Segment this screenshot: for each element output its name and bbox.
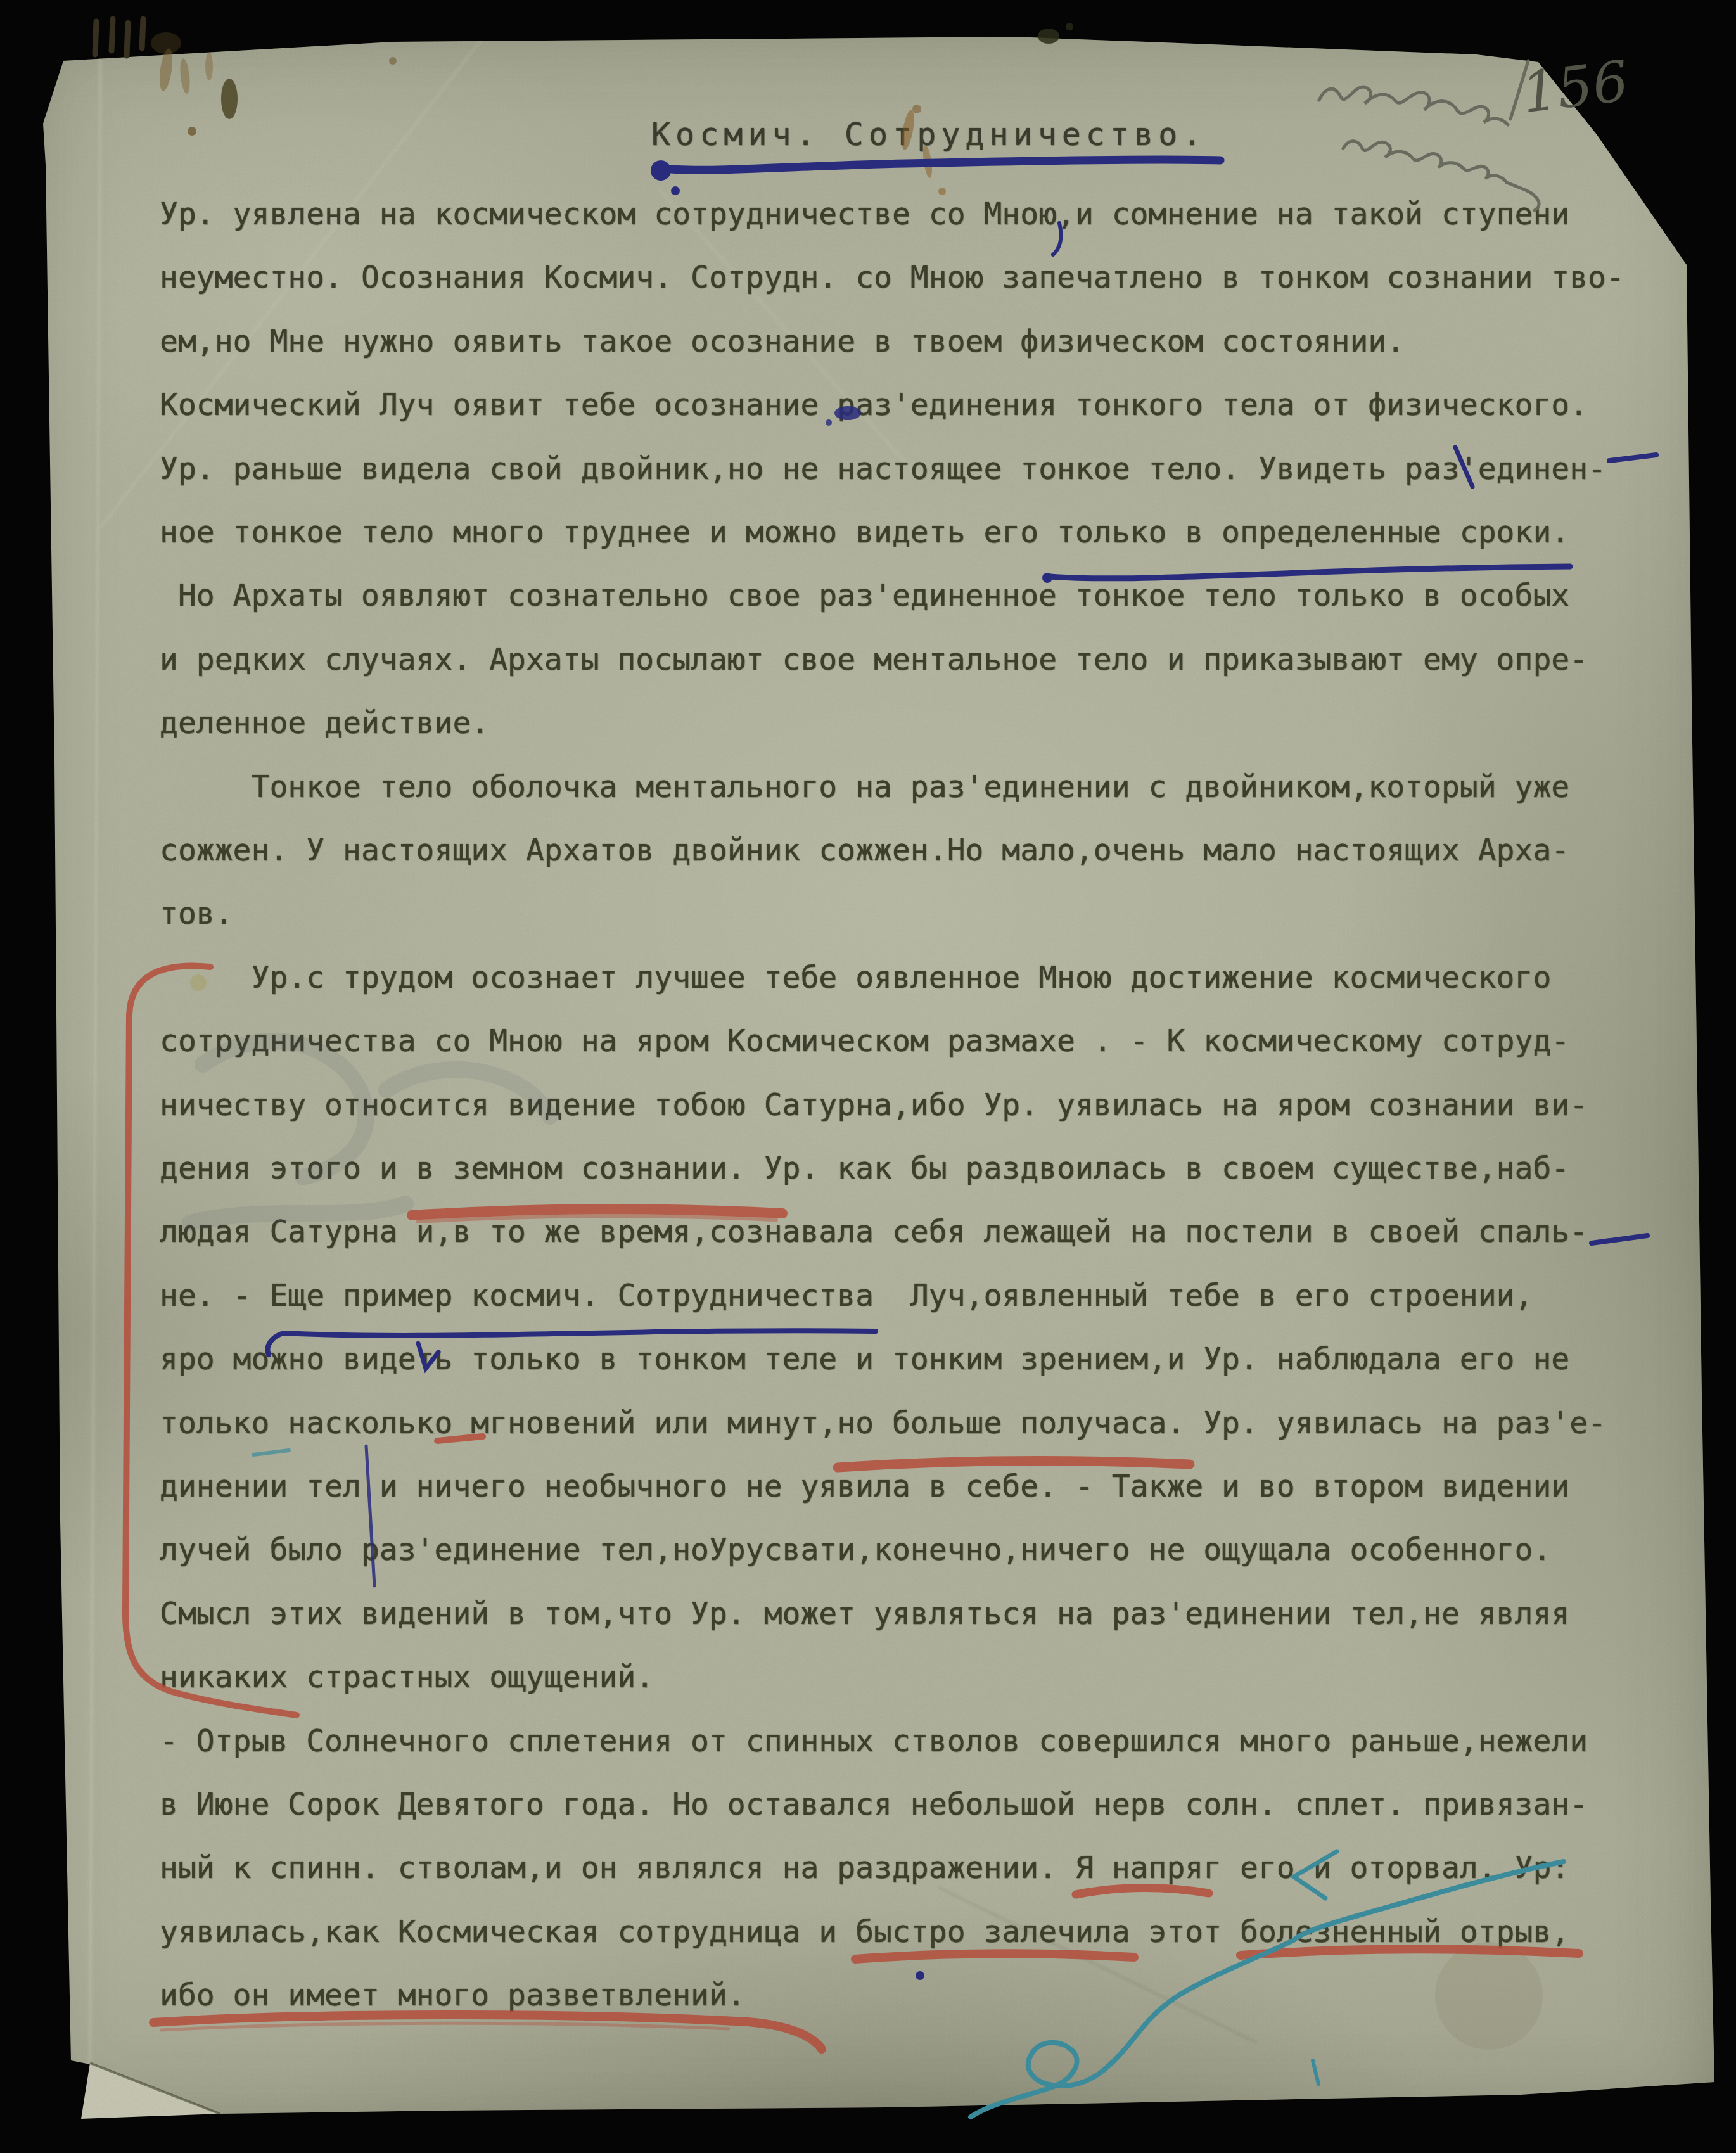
typed-line-22: лучей было раз'единение тел,ноУрусвати,к… bbox=[160, 1532, 1551, 1568]
typed-line-23: Смысл этих видений в том,что Ур. может у… bbox=[160, 1596, 1569, 1632]
typed-line-15: ничеству относится видение тобою Сатурна… bbox=[160, 1087, 1588, 1123]
typed-line-2: неуместно. Осознания Космич. Сотрудн. со… bbox=[160, 260, 1624, 295]
typed-line-12: тов. bbox=[160, 896, 233, 931]
typed-line-16: дения этого и в земном сознании. Ур. как… bbox=[160, 1151, 1569, 1186]
typed-line-4: Космический Луч оявит тебе осознание раз… bbox=[160, 387, 1588, 423]
typed-line-5: Ур. раньше видела свой двойник,но не нас… bbox=[160, 451, 1606, 487]
typed-line-3: ем,но Мне нужно оявить такое осознание в… bbox=[160, 324, 1405, 359]
typed-line-29: ибо он имеет много разветвлений. bbox=[160, 1977, 746, 2013]
typed-line-14: сотрудничества со Мною на яром Космическ… bbox=[160, 1023, 1569, 1059]
typed-line-13: Ур.с трудом осознает лучшее тебе оявленн… bbox=[252, 960, 1552, 995]
typed-line-11: сожжен. У настоящих Архатов двойник сожж… bbox=[160, 833, 1569, 868]
paper-crease bbox=[89, 51, 102, 2097]
typed-line-24: никаких страстных ощущений. bbox=[160, 1659, 654, 1695]
typed-line-19: яро можно видеть только в тонком теле и … bbox=[160, 1341, 1569, 1377]
typed-line-10: Тонкое тело оболочка ментального на раз'… bbox=[252, 769, 1570, 805]
typed-line-28: уявилась,как Космическая сотрудница и бы… bbox=[160, 1914, 1569, 1950]
edge-marks bbox=[95, 19, 181, 56]
typed-line-6: ное тонкое тело много труднее и можно ви… bbox=[160, 514, 1569, 550]
scanned-document-photo: Космич. Сотрудничество. Ур. уявлена на к… bbox=[0, 0, 1736, 2153]
typed-line-25: - Отрыв Солнечного сплетения от спинных … bbox=[160, 1723, 1588, 1759]
typed-line-1: Ур. уявлена на космическом сотрудничеств… bbox=[160, 196, 1569, 232]
typed-line-20: только насколько мгновений или минут,но … bbox=[160, 1405, 1606, 1441]
typed-line-26: в Июне Сорок Девятого года. Но оставался… bbox=[160, 1787, 1588, 1822]
typed-line-8: и редких случаях. Архаты посылают свое м… bbox=[160, 642, 1588, 677]
typed-line-9: деленное действие. bbox=[160, 705, 489, 741]
typed-line-21: динении тел и ничего необычного не уявил… bbox=[160, 1469, 1569, 1504]
typed-line-27: ный к спинн. стволам,и он являлся на раз… bbox=[160, 1850, 1569, 1886]
typed-line-18: не. - Еще пример космич. Сотрудничества … bbox=[160, 1278, 1533, 1313]
paper-sheet: Космич. Сотрудничество. Ур. уявлена на к… bbox=[0, 0, 1736, 2153]
paper-crease bbox=[938, 1886, 1258, 2043]
typed-line-17: людая Сатурна и,в то же время,сознавала … bbox=[160, 1214, 1588, 1249]
typed-line-7: Но Архаты оявляют сознательно свое раз'е… bbox=[178, 578, 1569, 613]
document-title: Космич. Сотрудничество. bbox=[651, 116, 1206, 153]
